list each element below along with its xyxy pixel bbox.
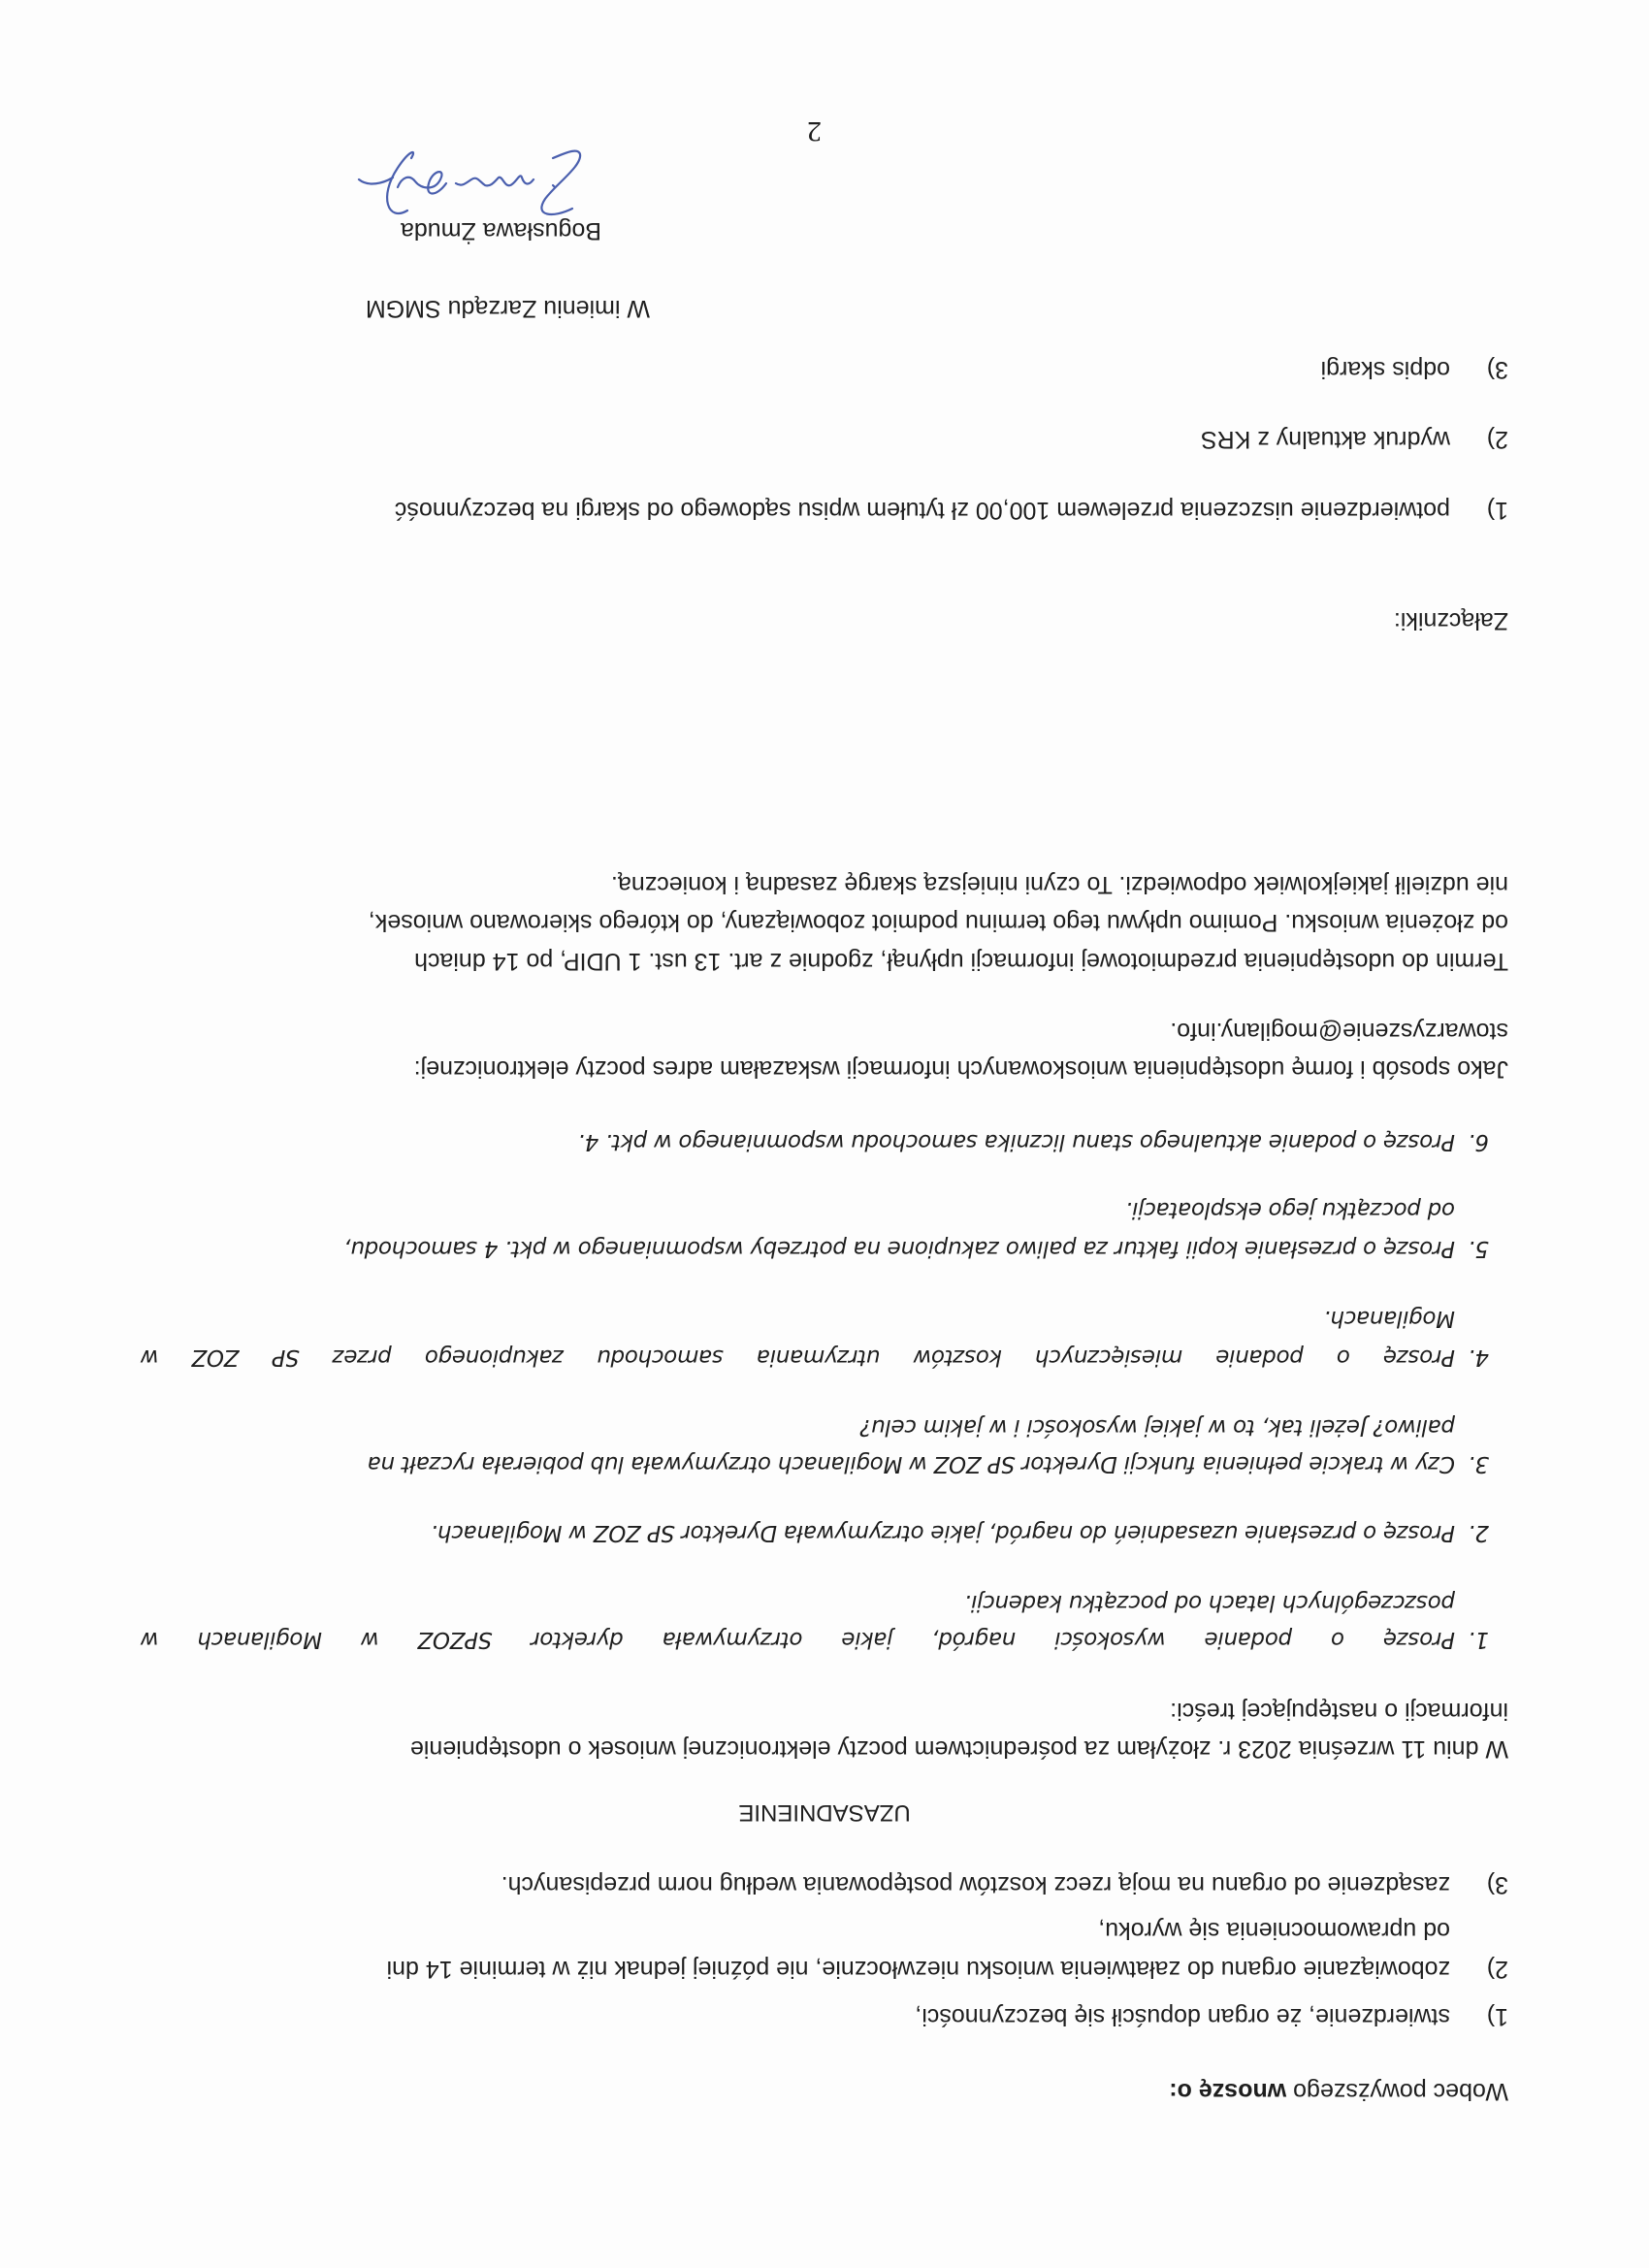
requests-intro: Wobec powyższego wnoszę o:: [1169, 2079, 1508, 2103]
attachment-number: 2): [1487, 427, 1508, 451]
request-text: zasądzenie od organu na moją rzecz koszt…: [501, 1872, 1450, 1896]
request-number: 1): [1487, 2004, 1508, 2028]
request-text: stwierdzenie, że organ dopuścił się bezc…: [915, 2004, 1450, 2028]
question-number: 1.: [1469, 1628, 1489, 1650]
handwritten-signature-icon: [301, 139, 592, 226]
request-number: 2): [1487, 1957, 1508, 1981]
question-number: 4.: [1469, 1345, 1489, 1368]
email-address: stowarzyszenie@mogilany.info.: [1170, 1019, 1508, 1043]
question-number: 6.: [1469, 1130, 1489, 1152]
deadline-paragraph-line: nie udzielił jakiejkolwiek odpowiedzi. T…: [611, 872, 1508, 896]
deadline-paragraph-line: Termin do udostępnienia przedmiotowej in…: [414, 949, 1508, 973]
requests-intro-bold: wnoszę o:: [1169, 2078, 1286, 2105]
question-text: Mogilanach.: [1324, 1307, 1455, 1329]
question-text: paliwo? Jeżeli tak, to w jakiej wysokośc…: [859, 1415, 1455, 1438]
attachment-text: wydruk aktualny z KRS: [1201, 427, 1450, 451]
question-number: 3.: [1469, 1452, 1489, 1474]
question-number: 2.: [1469, 1521, 1489, 1543]
intro-paragraph-line: W dniu 11 września 2023 r. złożyłam za p…: [410, 1736, 1508, 1761]
requests-intro-text: Wobec powyższego: [1286, 2078, 1508, 2105]
delivery-paragraph-line: Jako sposób i formę udostępnienia wniosk…: [414, 1056, 1508, 1081]
attachment-number: 3): [1487, 357, 1508, 381]
intro-paragraph-line: informacji o następującej treści:: [1170, 1699, 1508, 1723]
deadline-paragraph-line: od złożenia wniosku. Pomimo upływu tego …: [369, 910, 1508, 934]
justification-heading: UZASADNIENIE: [0, 1800, 1649, 1824]
request-number: 3): [1487, 1872, 1508, 1896]
attachment-text: odpis skargi: [1321, 357, 1450, 381]
question-text: Proszę o przesłanie uzasadnień do nagród…: [431, 1521, 1455, 1543]
request-text: od uprawomocnienia się wyroku,: [1098, 1918, 1450, 1942]
question-text: od początku jego eksploatacji.: [1125, 1198, 1455, 1220]
question-number: 5.: [1469, 1237, 1489, 1259]
page-number: 2: [807, 116, 822, 146]
question-text: Czy w trakcie pełnienia funkcji Dyrektor…: [368, 1452, 1455, 1474]
question-text: Proszę o przesłanie kopii faktur za pali…: [344, 1237, 1455, 1259]
document-page: Wobec powyższego wnoszę o: 1) stwierdzen…: [0, 0, 1649, 2268]
request-text: zobowiązanie organu do załatwienia wnios…: [387, 1957, 1450, 1981]
question-text: Proszę o podanie miesięcznych kosztów ut…: [141, 1345, 1455, 1368]
attachment-number: 1): [1487, 498, 1508, 522]
attachment-text: potwierdzenie uiszczenia przelewem 100,0…: [395, 498, 1450, 522]
question-text: Proszę o podanie aktualnego stanu liczni…: [578, 1130, 1455, 1152]
question-text: poszczególnych latach od początku kadenc…: [964, 1591, 1455, 1613]
on-behalf-of: W imieniu Zarządu SMGM: [366, 296, 650, 320]
attachments-heading: Załączniki:: [1394, 608, 1508, 632]
question-text: Proszę o podanie wysokości nagród, jakie…: [141, 1628, 1455, 1650]
